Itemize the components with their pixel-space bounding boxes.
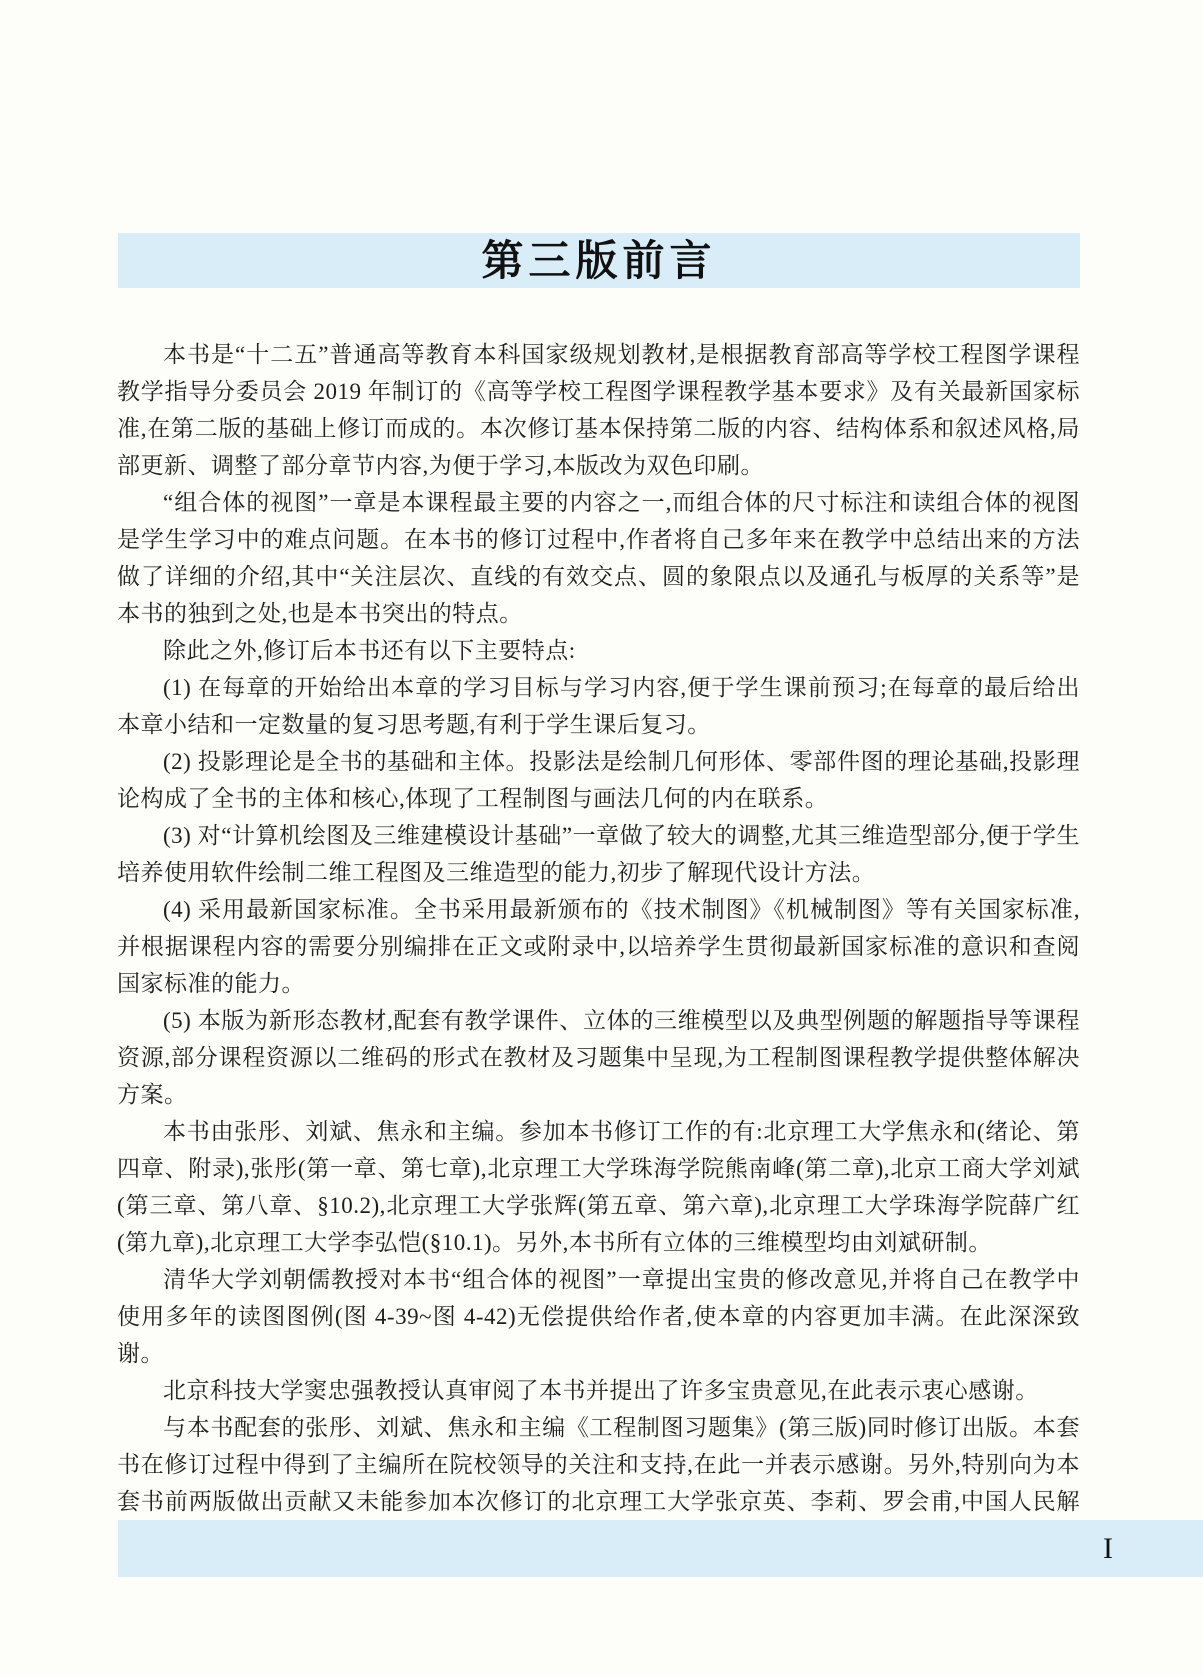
page-number: I (1103, 1532, 1113, 1566)
footer-band: I (118, 1520, 1203, 1577)
paragraph-intro: 本书是“十二五”普通高等教育本科国家级规划教材,是根据教育部高等学校工程图学课程… (117, 336, 1080, 484)
paragraph-feature-3: (3) 对“计算机绘图及三维建模设计基础”一章做了较大的调整,尤其三维造型部分,… (117, 817, 1080, 891)
paragraph-composite-views: “组合体的视图”一章是本课程最主要的内容之一,而组合体的尺寸标注和读组合体的视图… (117, 484, 1080, 632)
paragraph-feature-2: (2) 投影理论是全书的基础和主体。投影法是绘制几何形体、零部件图的理论基础,投… (117, 743, 1080, 817)
paragraph-features-lead: 除此之外,修订后本书还有以下主要特点: (117, 632, 1080, 669)
paragraph-thanks-dou: 北京科技大学窦忠强教授认真审阅了本书并提出了许多宝贵意见,在此表示衷心感谢。 (117, 1372, 1080, 1409)
paragraph-thanks-liu: 清华大学刘朝儒教授对本书“组合体的视图”一章提出宝贵的修改意见,并将自己在教学中… (117, 1261, 1080, 1372)
paragraph-feature-4: (4) 采用最新国家标准。全书采用最新颁布的《技术制图》《机械制图》等有关国家标… (117, 891, 1080, 1002)
document-page: 第三版前言 本书是“十二五”普通高等教育本科国家级规划教材,是根据教育部高等学校… (0, 0, 1203, 1675)
paragraph-feature-1: (1) 在每章的开始给出本章的学习目标与学习内容,便于学生课前预习;在每章的最后… (117, 669, 1080, 743)
page-title: 第三版前言 (481, 240, 716, 282)
paragraph-feature-5: (5) 本版为新形态教材,配套有教学课件、立体的三维模型以及典型例题的解题指导等… (117, 1002, 1080, 1113)
paragraph-editors: 本书由张彤、刘斌、焦永和主编。参加本书修订工作的有:北京理工大学焦永和(绪论、第… (117, 1113, 1080, 1261)
chapter-title-band: 第三版前言 (118, 233, 1080, 288)
preface-body: 本书是“十二五”普通高等教育本科国家级规划教材,是根据教育部高等学校工程图学课程… (117, 336, 1080, 1557)
